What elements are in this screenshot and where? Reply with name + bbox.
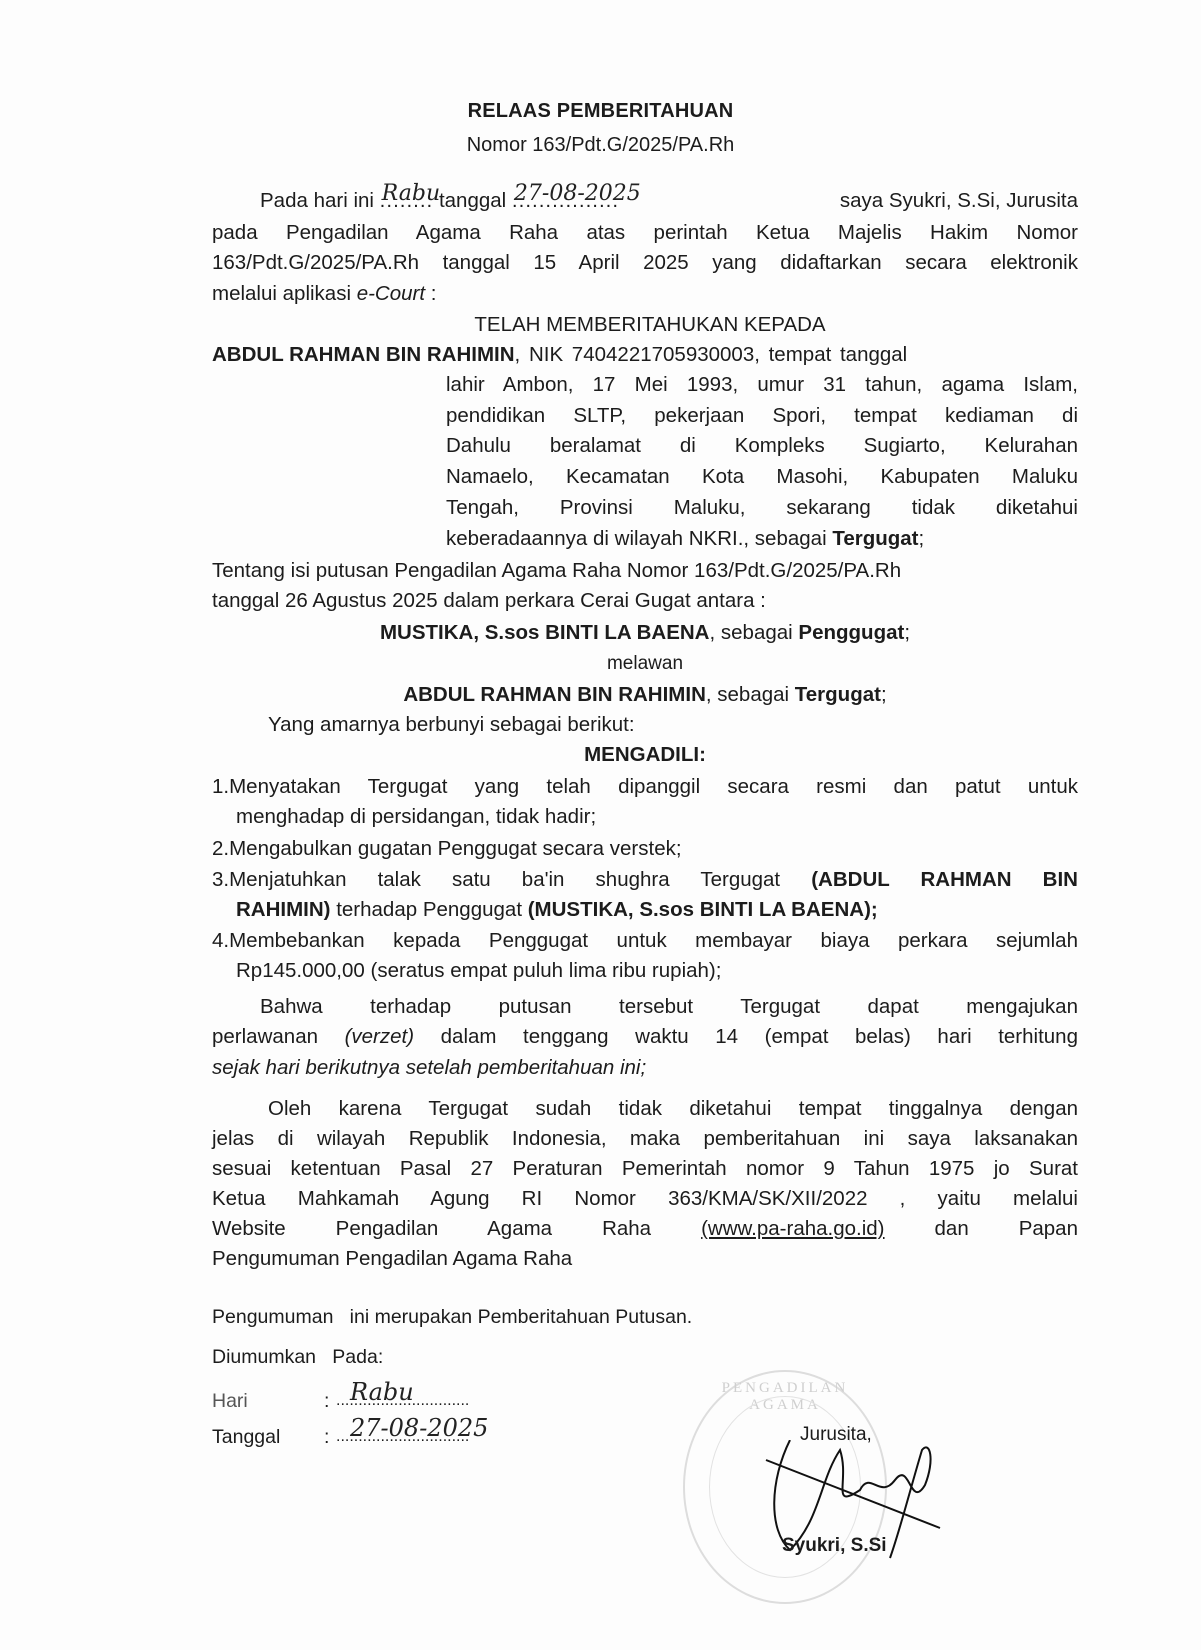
document-number: Nomor 163/Pdt.G/2025/PA.Rh bbox=[0, 134, 1201, 157]
document-title: RELAAS PEMBERITAHUAN bbox=[0, 100, 1201, 123]
decision-intro-line-1: Tentang isi putusan Pengadilan Agama Rah… bbox=[212, 556, 1078, 586]
hari-colon: : bbox=[324, 1386, 329, 1416]
publication-line-2: jelas di wilayah Republik Indonesia, mak… bbox=[212, 1124, 1078, 1154]
publication-line-1: Oleh karena Tergugat sudah tidak diketah… bbox=[268, 1094, 1078, 1124]
tanggal-handwritten: 27-08-2025 bbox=[514, 179, 641, 209]
announcement-text: Pengumuman ini merupakan Pemberitahuan P… bbox=[212, 1302, 1078, 1332]
versus-text: melawan bbox=[212, 649, 1078, 679]
hari-handwritten: Rabu bbox=[382, 179, 440, 209]
defendant-name: ABDUL RAHMAN BIN RAHIMIN bbox=[212, 343, 515, 366]
tanggal-field: 27-08-2025................ bbox=[512, 189, 619, 212]
tanggal-footer-label: Tanggal bbox=[212, 1422, 280, 1452]
tanggal-label: tanggal bbox=[439, 189, 506, 212]
opening-line-1-rest: saya Syukri, S.Si, Jurusita bbox=[840, 186, 1078, 216]
notified-line-2: lahir Ambon, 17 Mei 1993, umur 31 tahun,… bbox=[446, 370, 1078, 400]
ruling-item-2: 2.Mengabulkan gugatan Penggugat secara v… bbox=[212, 834, 1078, 864]
hari-label: Hari bbox=[212, 1386, 248, 1416]
notified-line-3: pendidikan SLTP, pekerjaan Spori, tempat… bbox=[446, 401, 1078, 431]
opening-line-3: 163/Pdt.G/2025/PA.Rh tanggal 15 April 20… bbox=[212, 248, 1078, 278]
ruling-item-3-line-1: 3.Menjatuhkan talak satu ba'in shughra T… bbox=[212, 865, 1078, 895]
amar-intro: Yang amarnya berbunyi sebagai berikut: bbox=[268, 710, 1134, 740]
ruling-item-1-line-1: 1.Menyatakan Tergugat yang telah dipangg… bbox=[212, 772, 1078, 802]
publication-line-4: Ketua Mahkamah Agung RI Nomor 363/KMA/SK… bbox=[212, 1184, 1078, 1214]
publication-line-5: Website Pengadilan Agama Raha (www.pa-ra… bbox=[212, 1214, 1078, 1244]
notified-line-4: Dahulu beralamat di Kompleks Sugiarto, K… bbox=[446, 431, 1078, 461]
ruling-item-3-line-2: RAHIMIN) terhadap Penggugat (MUSTIKA, S.… bbox=[236, 895, 1102, 925]
notified-line-1: ABDUL RAHMAN BIN RAHIMIN, NIK 7404221705… bbox=[212, 340, 1078, 370]
ruling-item-4-line-2: Rp145.000,00 (seratus empat puluh lima r… bbox=[236, 956, 1102, 986]
pada-hari-ini-label: Pada hari ini bbox=[260, 189, 374, 212]
verzet-line-1: Bahwa terhadap putusan tersebut Tergugat… bbox=[260, 992, 1078, 1022]
verzet-line-3: sejak hari berikutnya setelah pemberitah… bbox=[212, 1053, 1078, 1083]
plaintiff-name: MUSTIKA, S.sos BINTI LA BAENA bbox=[380, 621, 710, 644]
ruling-item-1-line-2: menghadap di persidangan, tidak hadir; bbox=[236, 802, 1102, 832]
opening-line-1: Pada hari ini Rabu........ tanggal 27-08… bbox=[212, 186, 1078, 216]
verzet-line-2: perlawanan (verzet) dalam tenggang waktu… bbox=[212, 1022, 1078, 1052]
publication-line-3: sesuai ketentuan Pasal 27 Peraturan Peme… bbox=[212, 1154, 1078, 1184]
announced-on-label: Diumumkan Pada: bbox=[212, 1342, 1078, 1372]
opening-line-2: pada Pengadilan Agama Raha atas perintah… bbox=[212, 218, 1078, 248]
ruling-item-4-line-1: 4.Membebankan kepada Penggugat untuk mem… bbox=[212, 926, 1078, 956]
hari-field: Rabu........ bbox=[380, 189, 434, 212]
tanggal-value-handwritten: 27-08-2025 bbox=[350, 1414, 488, 1442]
signer-name: Syukri, S.Si bbox=[782, 1535, 887, 1557]
publication-line-6: Pengumuman Pengadilan Agama Raha bbox=[212, 1244, 1078, 1274]
defendant-line: ABDUL RAHMAN BIN RAHIMIN, sebagai Tergug… bbox=[212, 680, 1078, 710]
e-court-text: e-Court bbox=[357, 282, 425, 305]
decision-intro-line-2: tanggal 26 Agustus 2025 dalam perkara Ce… bbox=[212, 586, 1078, 616]
plaintiff-line: MUSTIKA, S.sos BINTI LA BAENA, sebagai P… bbox=[212, 618, 1078, 648]
website-link[interactable]: (www.pa-raha.go.id) bbox=[701, 1217, 884, 1240]
tanggal-colon: : bbox=[324, 1422, 329, 1452]
opening-line-4: melalui aplikasi e-Court : bbox=[212, 279, 1078, 309]
ruling-heading: MENGADILI: bbox=[212, 740, 1078, 770]
document-page: RELAAS PEMBERITAHUAN Nomor 163/Pdt.G/202… bbox=[0, 0, 1201, 1650]
notified-line-5: Namaelo, Kecamatan Kota Masohi, Kabupate… bbox=[446, 462, 1078, 492]
notified-line-7: keberadaannya di wilayah NKRI., sebagai … bbox=[446, 524, 1078, 554]
notified-heading: TELAH MEMBERITAHUKAN KEPADA bbox=[300, 310, 1000, 340]
hari-value-handwritten: Rabu bbox=[350, 1378, 414, 1406]
notified-line-6: Tengah, Provinsi Maluku, sekarang tidak … bbox=[446, 493, 1078, 523]
